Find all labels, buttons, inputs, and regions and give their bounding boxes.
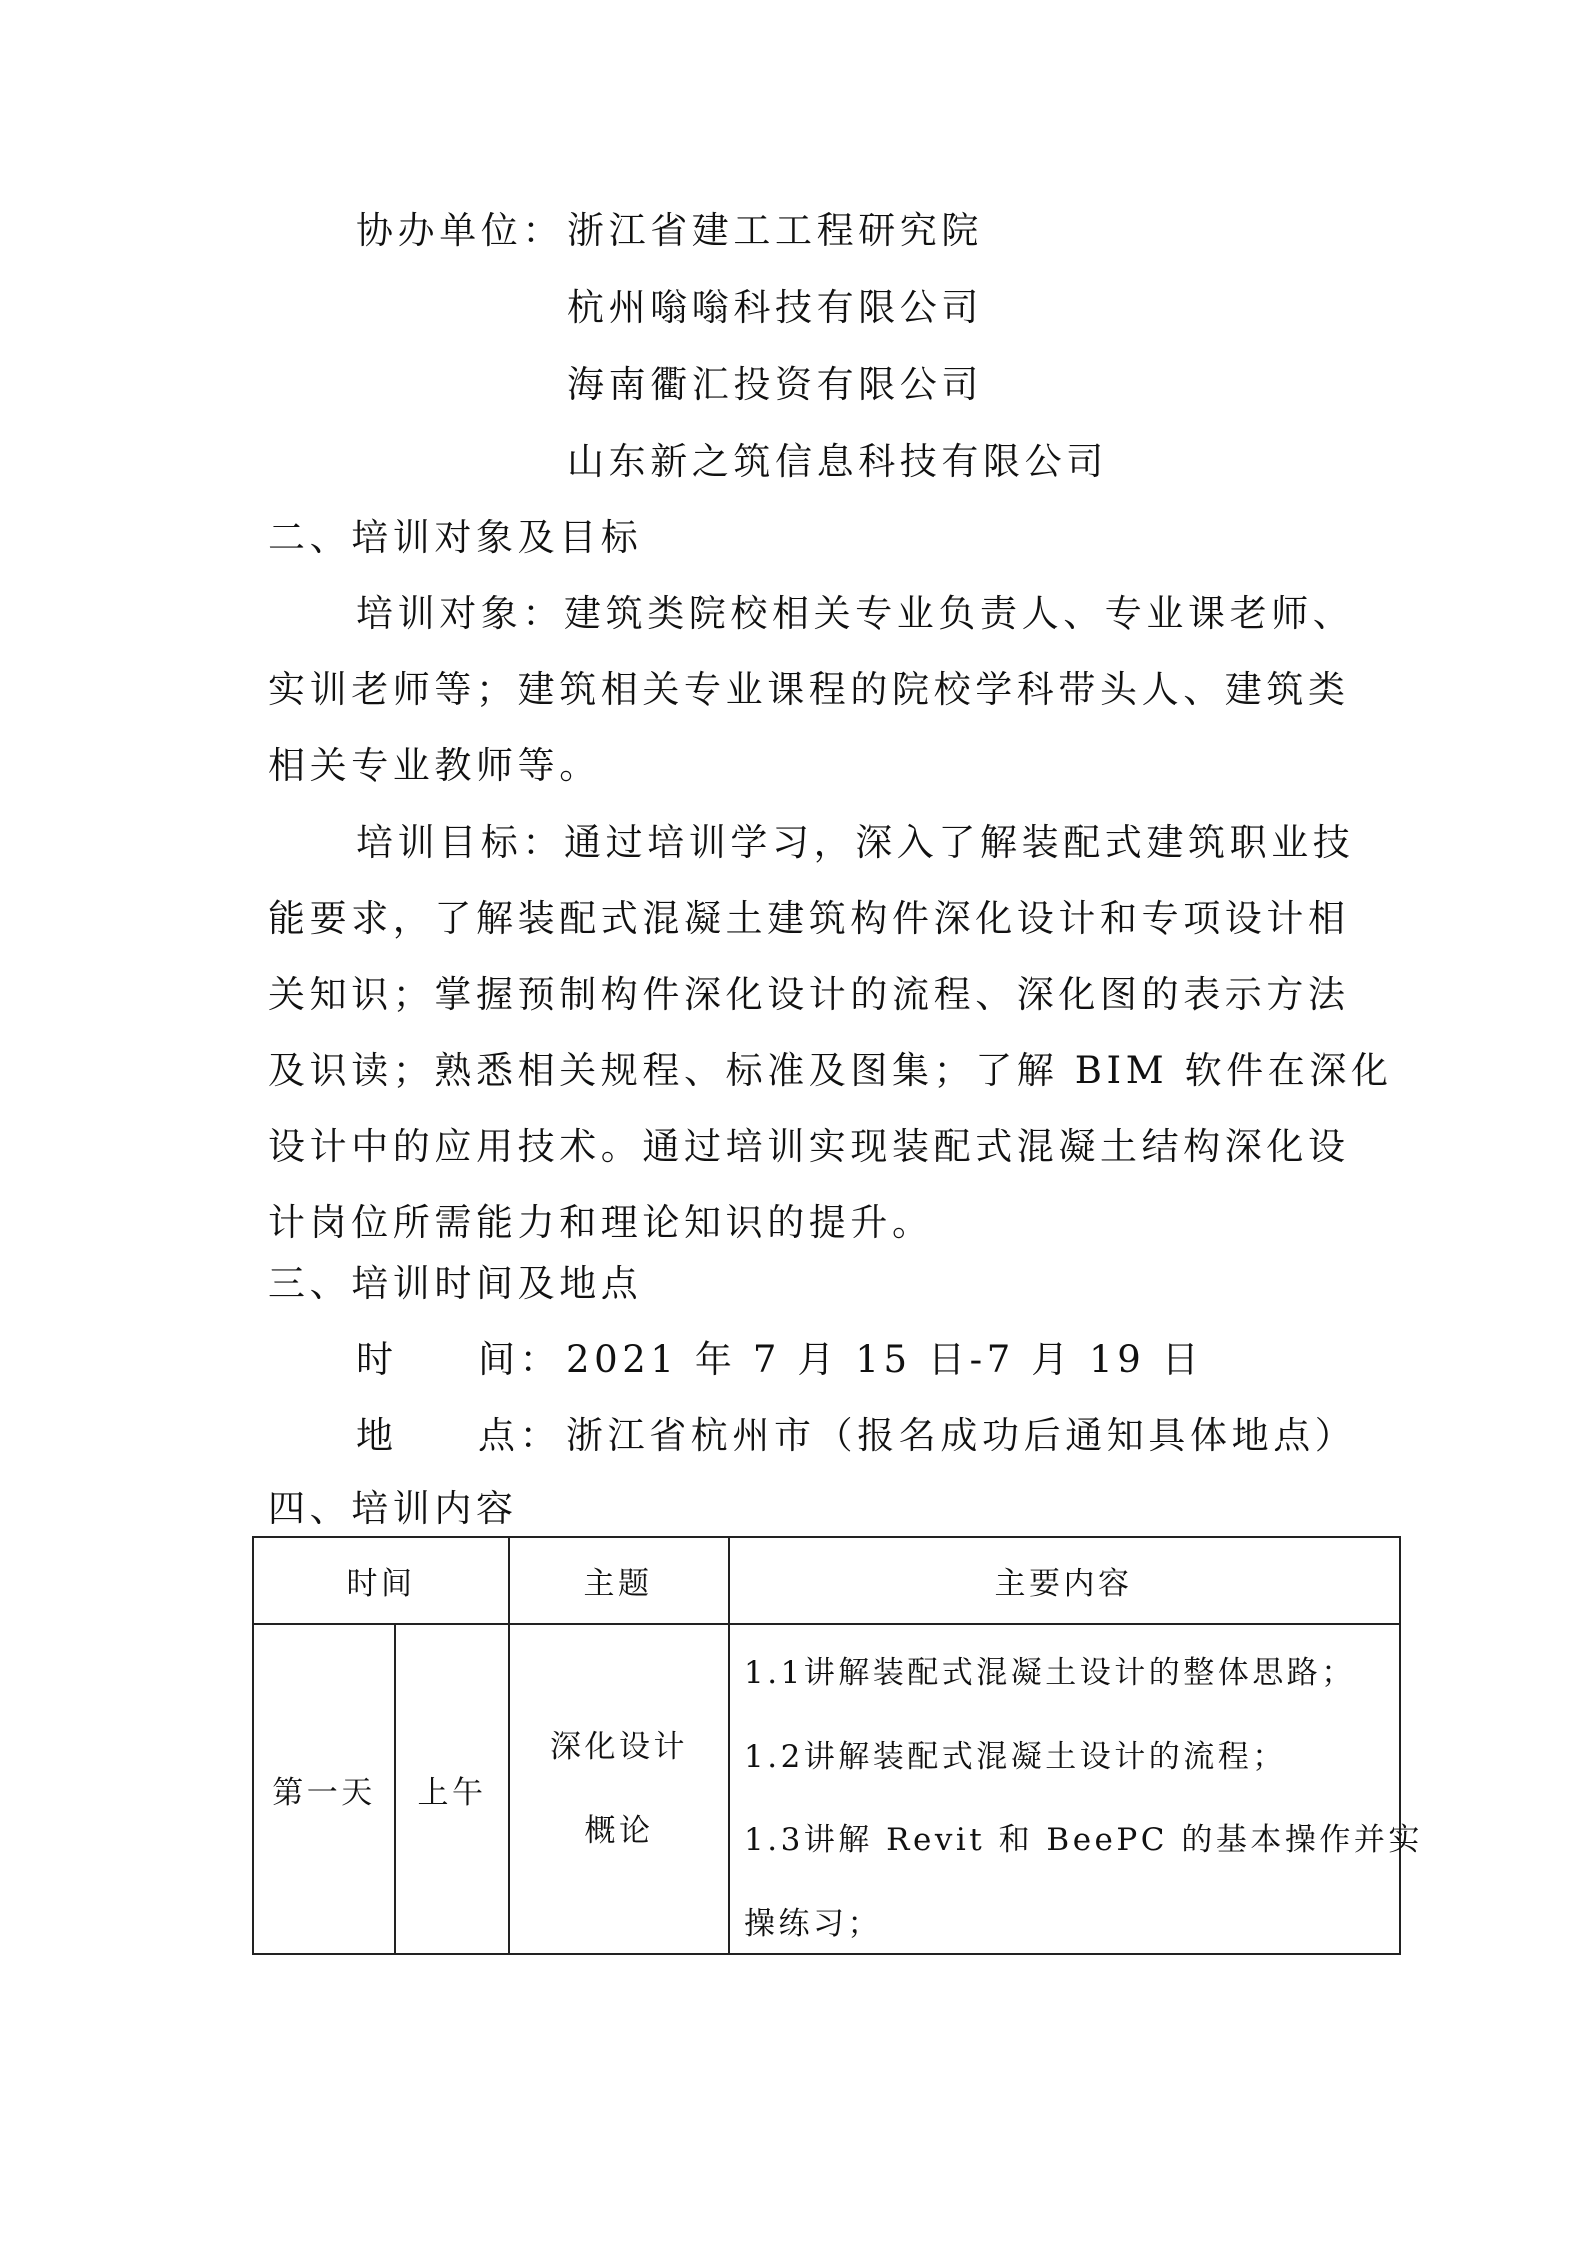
header-topic: 主题	[508, 1538, 728, 1623]
place-label-char-2: 点：	[478, 1414, 561, 1458]
content-item-1-3: 1.3讲解 Revit 和 BeePC 的基本操作并实	[744, 1818, 1423, 1862]
goal-line-5: 设计中的应用技术。通过培训实现装配式混凝土结构深化设	[268, 1125, 1350, 1169]
goal-line-2: 能要求，了解装配式混凝土建筑构件深化设计和专项设计相	[268, 897, 1350, 941]
goal-line-4: 及识读；熟悉相关规程、标准及图集；了解 BIM 软件在深化	[268, 1049, 1393, 1093]
content-item-1-1: 1.1讲解装配式混凝土设计的整体思路；	[744, 1651, 1356, 1695]
content-item-1-3-cont: 操练习；	[744, 1902, 882, 1946]
row-topic-cell: 深化设计 概论	[510, 1625, 728, 1953]
header-content-label: 主要内容	[995, 1558, 1133, 1603]
row-topic-line-2: 概论	[585, 1789, 654, 1873]
section-heading-audience-goals: 二、培训对象及目标	[268, 516, 642, 560]
content-item-1-2: 1.2讲解装配式混凝土设计的流程；	[744, 1735, 1287, 1779]
header-time-label: 时间	[347, 1558, 416, 1603]
header-time: 时间	[254, 1538, 508, 1623]
row-day-cell: 第一天	[254, 1625, 394, 1953]
training-place-value: 浙江省杭州市（报名成功后通知具体地点）	[566, 1414, 1356, 1458]
row-period: 上午	[418, 1767, 487, 1812]
co-organizer-2: 杭州嗡嗡科技有限公司	[567, 286, 983, 330]
goal-line-6: 计岗位所需能力和理论知识的提升。	[268, 1201, 934, 1245]
header-topic-label: 主题	[584, 1558, 653, 1603]
place-label-char-1: 地	[356, 1414, 398, 1458]
row-topic-line-1: 深化设计	[550, 1705, 688, 1789]
header-content: 主要内容	[728, 1538, 1399, 1623]
time-label-char-1: 时	[356, 1338, 398, 1382]
training-schedule-table: 时间 主题 主要内容 第一天 上午 深化设计 概论 1.1讲解装配式混凝土设计的…	[252, 1536, 1401, 1955]
audience-line-3: 相关专业教师等。	[268, 744, 601, 788]
co-organizer-3: 海南衢汇投资有限公司	[567, 363, 983, 407]
co-organizers-label: 协办单位：	[356, 209, 564, 253]
goal-line-3: 关知识；掌握预制构件深化设计的流程、深化图的表示方法	[268, 973, 1350, 1017]
section-heading-content: 四、培训内容	[268, 1487, 518, 1531]
audience-line-1: 培训对象：建筑类院校相关专业负责人、专业课老师、	[356, 592, 1354, 636]
training-time-value: 2021 年 7 月 15 日-7 月 19 日	[566, 1338, 1203, 1382]
co-organizer-1: 浙江省建工工程研究院	[567, 209, 983, 253]
row-period-cell: 上午	[396, 1625, 508, 1953]
co-organizer-4: 山东新之筑信息科技有限公司	[567, 440, 1108, 484]
goal-line-1: 培训目标：通过培训学习，深入了解装配式建筑职业技	[356, 821, 1354, 865]
time-label-char-2: 间：	[478, 1338, 561, 1382]
audience-line-2: 实训老师等；建筑相关专业课程的院校学科带头人、建筑类	[268, 668, 1350, 712]
row-day: 第一天	[272, 1767, 376, 1812]
section-heading-time-place: 三、培训时间及地点	[268, 1262, 642, 1306]
